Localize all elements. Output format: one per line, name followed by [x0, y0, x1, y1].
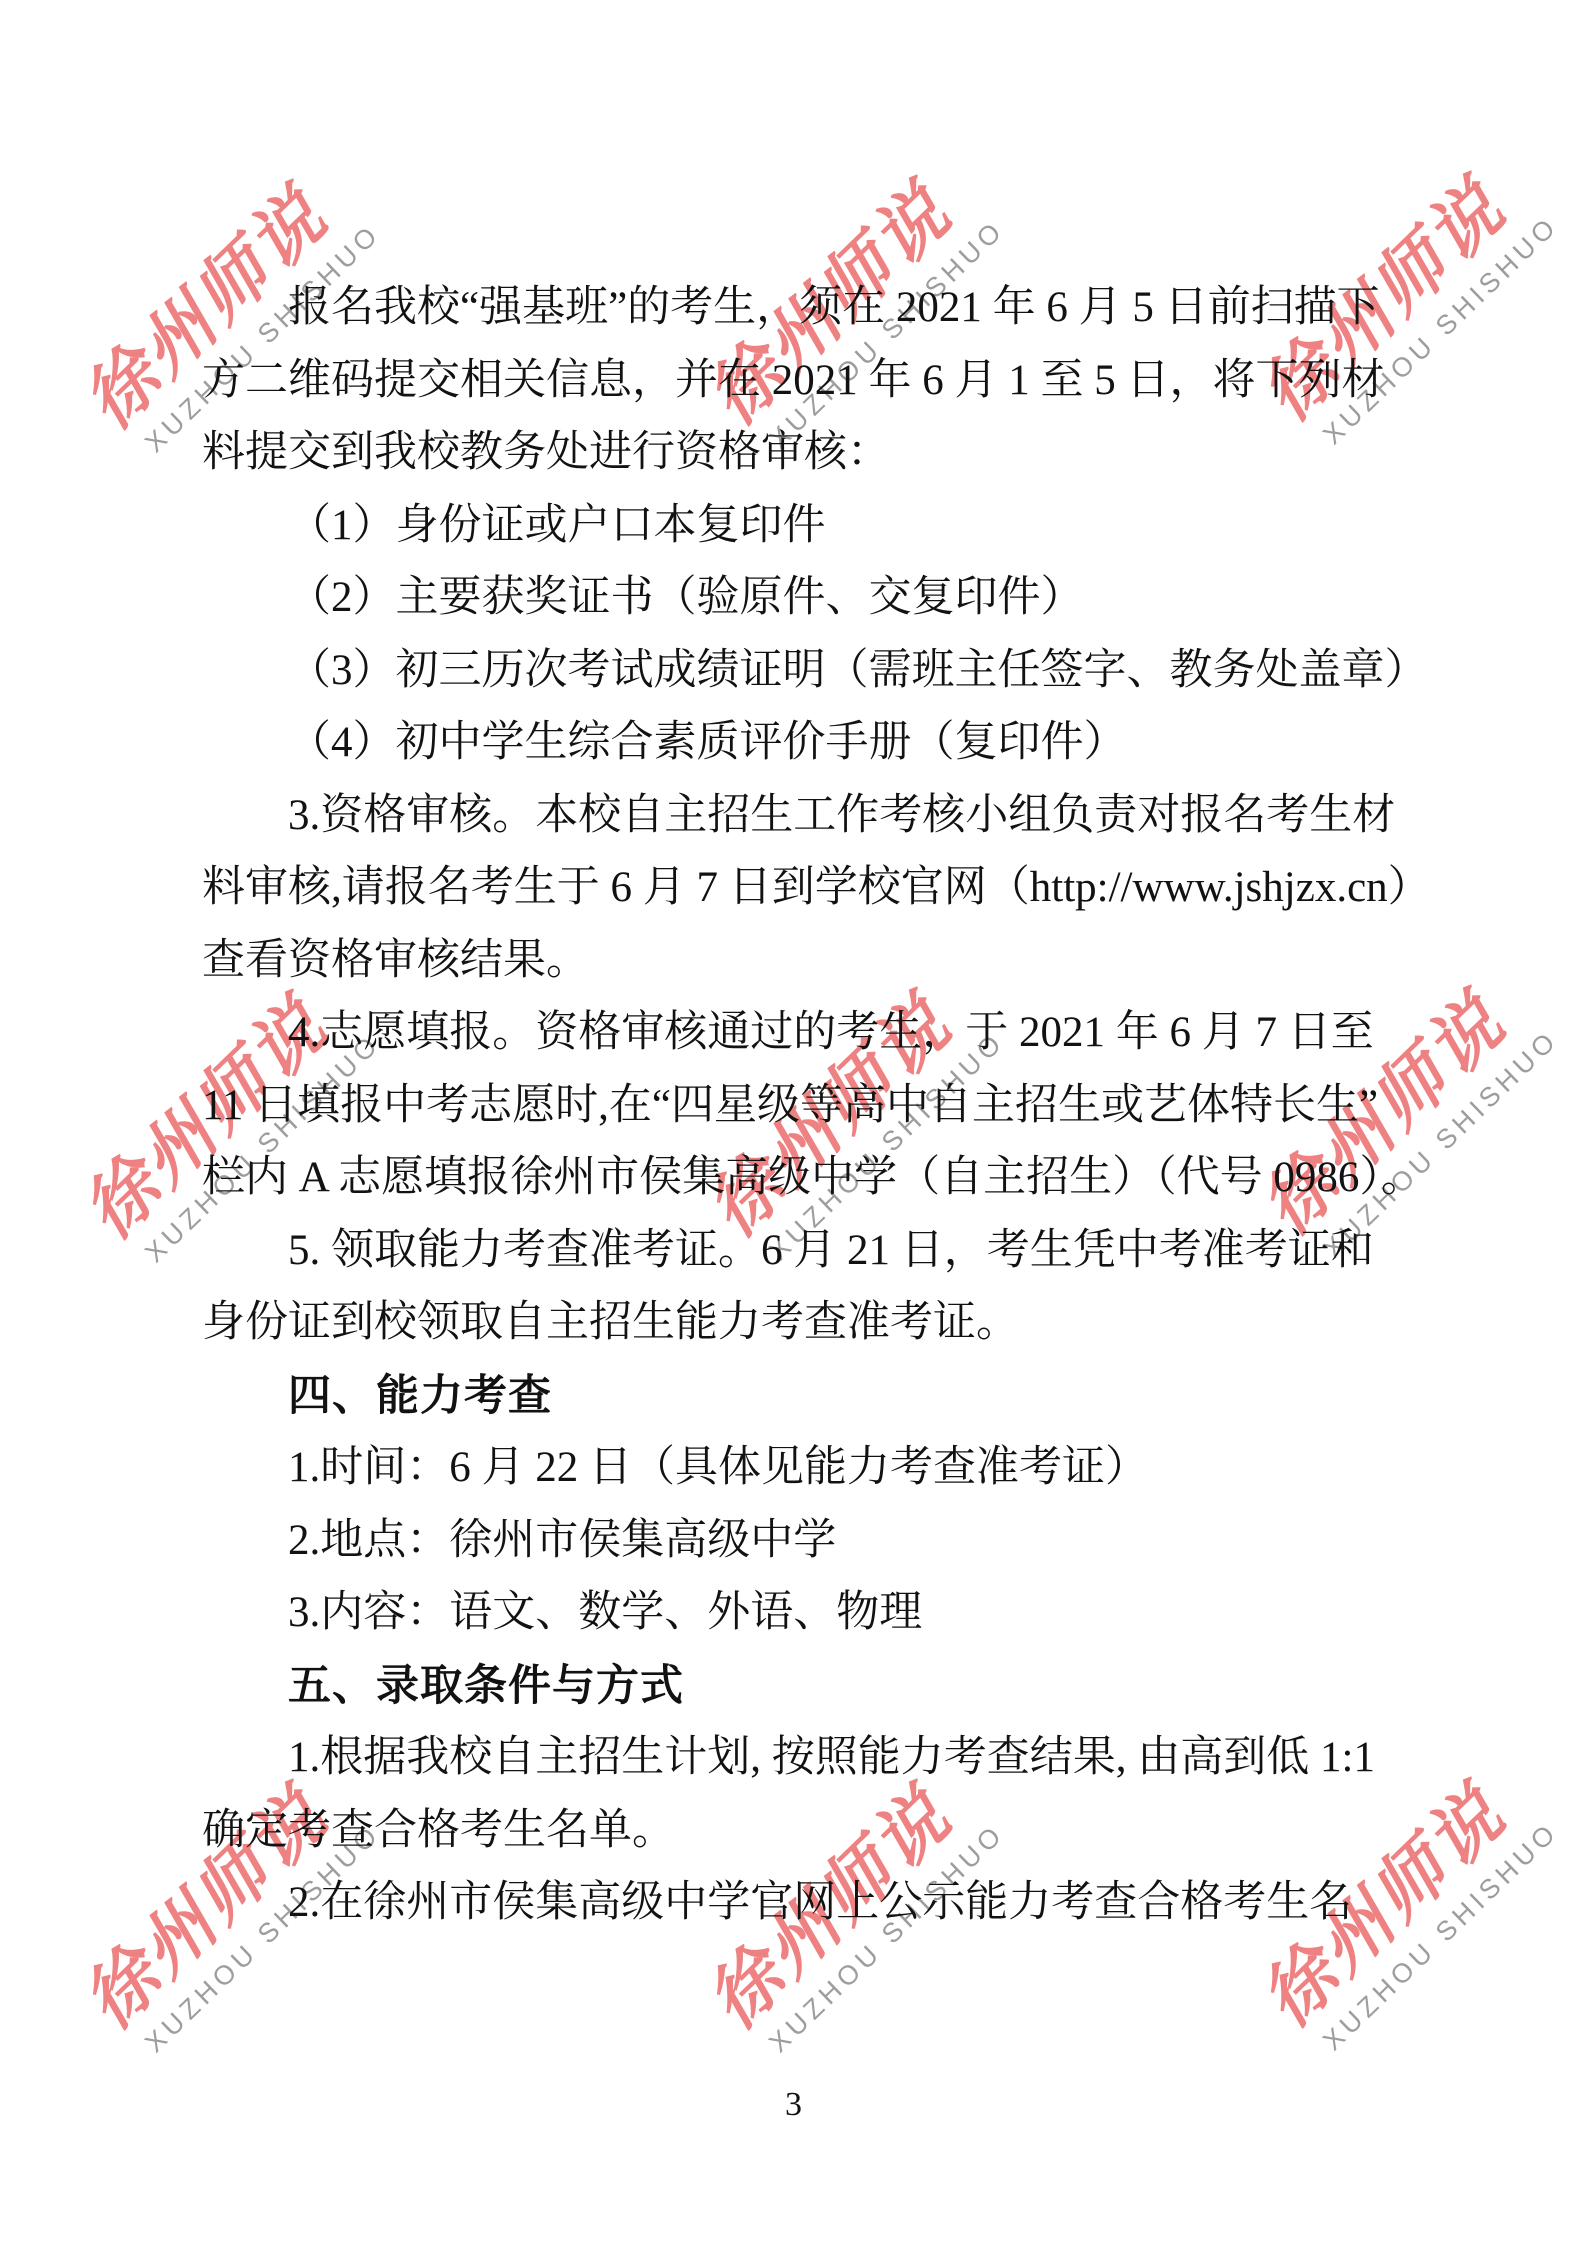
text-line: 4.志愿填报。资格审核通过的考生，于 2021 年 6 月 7 日至	[202, 997, 1462, 1070]
text-line: 2.地点：徐州市侯集高级中学	[202, 1505, 1462, 1578]
text-line: 方二维码提交相关信息，并在 2021 年 6 月 1 至 5 日，将下列材	[202, 345, 1462, 418]
text-line: （1）身份证或户口本复印件	[202, 490, 1462, 563]
section-heading: 四、能力考查	[202, 1360, 1462, 1433]
text-line: （2）主要获奖证书（验原件、交复印件）	[202, 562, 1462, 635]
text-line: 确定考查合格考生名单。	[202, 1795, 1462, 1868]
section-heading: 五、录取条件与方式	[202, 1650, 1462, 1723]
body-text: 报名我校“强基班”的考生，须在 2021 年 6 月 5 日前扫描下方二维码提交…	[202, 272, 1462, 1940]
text-line: 料审核,请报名考生于 6 月 7 日到学校官网（http://www.jshjz…	[202, 852, 1462, 925]
text-line: 报名我校“强基班”的考生，须在 2021 年 6 月 5 日前扫描下	[202, 272, 1462, 345]
text-line: 5. 领取能力考查准考证。6 月 21 日，考生凭中考准考证和	[202, 1215, 1462, 1288]
text-line: （3）初三历次考试成绩证明（需班主任签字、教务处盖章）	[202, 635, 1462, 708]
text-line: 料提交到我校教务处进行资格审核：	[202, 417, 1462, 490]
text-line: 11 日填报中考志愿时,在“四星级等高中自主招生或艺体特长生”	[202, 1070, 1462, 1143]
text-line: 1.时间：6 月 22 日（具体见能力考查准考证）	[202, 1432, 1462, 1505]
text-line: 2.在徐州市侯集高级中学官网上公示能力考查合格考生名	[202, 1867, 1462, 1940]
text-line: 1.根据我校自主招生计划, 按照能力考查结果, 由高到低 1:1	[202, 1722, 1462, 1795]
page-number: 3	[0, 2086, 1587, 2124]
text-line: （4）初中学生综合素质评价手册（复印件）	[202, 707, 1462, 780]
text-line: 栏内 A 志愿填报徐州市侯集高级中学（自主招生）（代号 0986）。	[202, 1142, 1462, 1215]
document-page: 徐州师说XUZHOU SHISHUO徐州师说XUZHOU SHISHUO徐州师说…	[0, 0, 1587, 2245]
text-line: 3.资格审核。本校自主招生工作考核小组负责对报名考生材	[202, 780, 1462, 853]
text-line: 3.内容：语文、数学、外语、物理	[202, 1577, 1462, 1650]
text-line: 查看资格审核结果。	[202, 925, 1462, 998]
text-line: 身份证到校领取自主招生能力考查准考证。	[202, 1287, 1462, 1360]
